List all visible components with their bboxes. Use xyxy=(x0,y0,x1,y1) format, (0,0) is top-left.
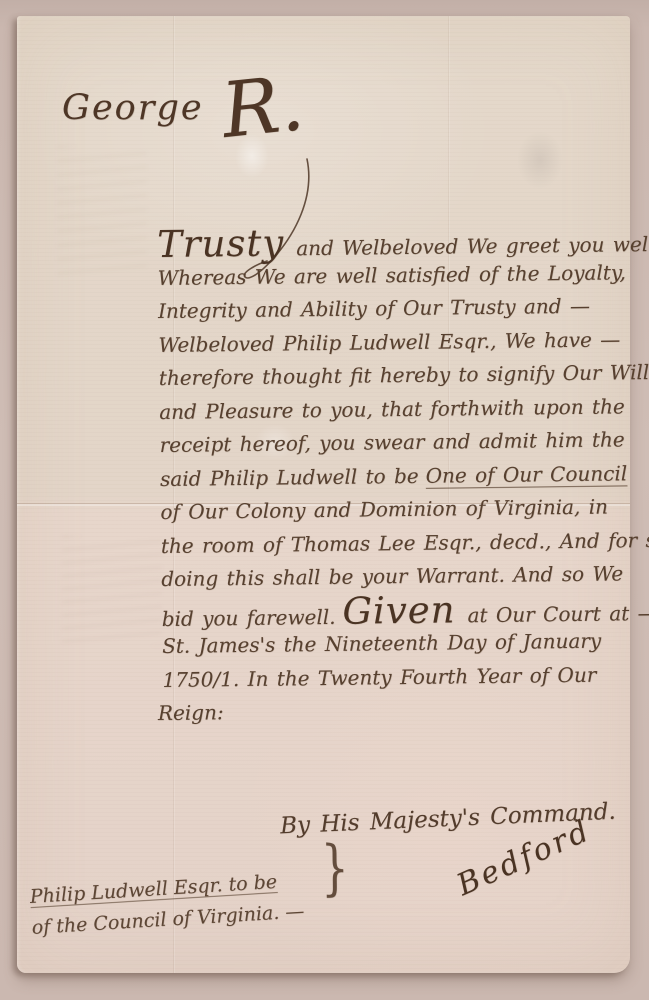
line-text: Whereas We are well satisfied of the Loy… xyxy=(157,260,625,290)
letter-line: receipt hereof, you swear and admit him … xyxy=(159,423,633,462)
line-text: of Our Colony and Dominion of Virginia, … xyxy=(160,495,608,524)
letter-line: therefore thought fit hereby to signify … xyxy=(159,356,633,395)
line-text: doing this shall be your Warrant. And so… xyxy=(161,561,623,591)
royal-signature: GeorgeR. xyxy=(62,62,303,151)
ink-showthrough xyxy=(62,536,162,646)
letter-line: 1750/1. In the Twenty Fourth Year of Our xyxy=(162,658,636,697)
photo-background: { "colors": { "mat": "#cbb8b0", "paper":… xyxy=(0,0,649,1000)
line-underlined-text: One of Our Council xyxy=(425,461,627,487)
line-text: said Philip Ludwell to be xyxy=(160,463,419,490)
paper-stain xyxy=(517,131,563,189)
line-text: Reign: xyxy=(158,700,224,725)
line-text: Integrity and Ability of Our Trusty and … xyxy=(158,294,590,323)
letter-line: of Our Colony and Dominion of Virginia, … xyxy=(160,490,634,529)
line-text: and Pleasure to you, that forthwith upon… xyxy=(159,394,625,424)
letter-body: Trustyand Welbeloved We greet you well, … xyxy=(157,222,637,730)
line-display-word: Trusty xyxy=(157,221,284,266)
line-text: at Our Court at — xyxy=(467,600,649,626)
letter-line: Reign: xyxy=(158,691,637,730)
document-paper: GeorgeR. Trustyand Welbeloved We greet y… xyxy=(17,16,630,973)
line-text: Welbeloved Philip Ludwell Esqr., We have… xyxy=(158,327,620,357)
line-text: bid you farewell. xyxy=(162,604,336,630)
line-text: the room of Thomas Lee Esqr., decd., And… xyxy=(161,527,649,557)
ink-showthrough xyxy=(57,146,147,276)
letter-line: Integrity and Ability of Our Trusty and … xyxy=(158,289,632,328)
letter-line: St. James's the Nineteenth Day of Januar… xyxy=(162,624,636,663)
line-text: St. James's the Nineteenth Day of Januar… xyxy=(162,629,601,658)
line-text: 1750/1. In the Twenty Fourth Year of Our xyxy=(162,662,596,691)
letter-line: Trustyand Welbeloved We greet you well, … xyxy=(157,222,631,261)
line-text: therefore thought fit hereby to signify … xyxy=(159,360,649,390)
docket-note: Philip Ludwell Esqr. to be of the Counci… xyxy=(29,861,372,944)
docket-brace: } xyxy=(321,853,349,885)
line-text: receipt hereof, you swear and admit him … xyxy=(160,427,625,457)
royal-signature-name: George xyxy=(62,88,204,128)
royal-signature-initial: R. xyxy=(217,58,307,155)
